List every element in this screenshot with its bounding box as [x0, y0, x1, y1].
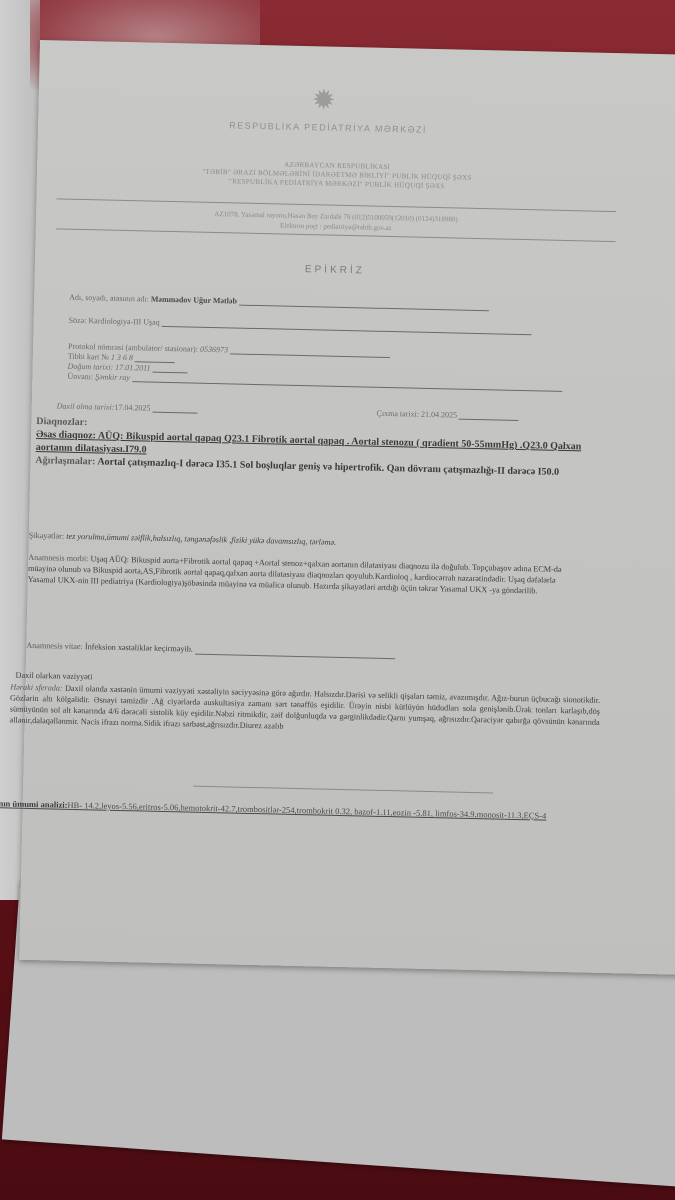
ward-label: Sözə: — [69, 316, 87, 325]
admission-date-label: Daxil olma tarixi: — [57, 401, 115, 411]
fill-line — [459, 419, 519, 421]
address-label: Ünvanı: — [67, 372, 93, 382]
anamnesis-morbi-label: Anamnesis morbi: — [28, 553, 88, 563]
patient-name-value: Məmmədov Uğur Mətləb — [151, 295, 237, 306]
patient-name-row: Adı, soyadı, atasının adı: Məmmədov Uğur… — [69, 293, 489, 312]
institution-name: RESPUBLİKA PEDİATRİYA MƏRKƏZİ — [188, 118, 468, 136]
birth-date-label: Doğum tarixi: — [68, 362, 114, 372]
main-diagnosis-label: Əsas diaqnoz: — [36, 429, 96, 441]
emblem-icon: ✹ — [303, 84, 344, 119]
anamnesis-vitae-label: Anamnesis vitae: — [26, 641, 83, 651]
blood-test: Qanın ümumi analizi:HB- 14.2,leyos-5.56,… — [0, 797, 608, 823]
address-block: AZ1078, Yasamal rayonu,Həsən Bəy Zərdabi… — [76, 206, 596, 238]
header-lines: AZƏRBAYCAN RESPUBLİKASI "TƏBİB" ƏRAZİ BÖ… — [77, 156, 597, 195]
address-value: Şəmkir ray — [95, 372, 130, 382]
complaints: Şikayətlər: tez yorulma,ümumi zəiflik,ha… — [29, 530, 599, 554]
medical-card-value: 1 3 6 8 — [111, 353, 133, 362]
discharge-date-value: 21.04.2025 — [421, 410, 457, 420]
medical-card-label: Tibbi kart № — [68, 352, 109, 362]
fill-line — [230, 353, 390, 358]
diagnoses-section: Diaqnozlar: Əsas diaqnoz: AÜQ: Bikuspid … — [35, 415, 596, 480]
patient-name-label: Adı, soyadı, atasının adı: — [69, 293, 149, 304]
fill-line — [162, 326, 532, 335]
anamnesis-vitae: Anamnesis vitae: İnfeksion xəstəliklər k… — [26, 640, 586, 664]
fill-line — [239, 305, 489, 312]
complaints-label: Şikayətlər: — [29, 531, 65, 541]
admission-date-value: 17.04.2025 — [114, 403, 150, 413]
admission-state-label: Həraki sferada: — [10, 682, 63, 692]
address-row: Ünvanı: Şəmkir ray — [67, 372, 562, 392]
divider — [193, 786, 493, 794]
discharge-date-label: Çıxma tarixi: — [377, 409, 420, 419]
admission-date-row: Daxil olma tarixi:17.04.2025 — [57, 401, 198, 413]
complications-label: Ağırlaşmalar: — [35, 455, 95, 467]
fill-line — [195, 654, 395, 660]
blood-test-label: Qanın ümumi analizi: — [0, 798, 68, 810]
anamnesis-morbi: Anamnesis morbi: Uşaq AÜQ: Bikuspid aort… — [28, 552, 579, 597]
ward-row: Sözə: Kardiologiya-III Uşaq — [69, 316, 532, 336]
anamnesis-vitae-text: İnfeksion xəstəliklər keçirməyib. — [85, 642, 193, 653]
complaints-text: tez yorulma,ümumi zəiflik,halsızlıq, tən… — [66, 532, 336, 547]
discharge-date-row: Çıxma tarixi: 21.04.2025 — [377, 409, 520, 421]
fill-line — [132, 381, 562, 392]
fill-line — [152, 412, 197, 414]
document-title: EPİKRİZ — [35, 258, 635, 283]
protocol-value: 0536973 — [200, 345, 228, 355]
anamnesis-morbi-text: Uşaq AÜQ: Bikuspid aorta+Fibrotik aortal… — [28, 554, 562, 595]
blood-test-text: HB- 14.2,leyos-5.56,eritros-5.06,hemotok… — [67, 800, 546, 821]
ward-value: Kardiologiya-III Uşaq — [88, 316, 159, 327]
epicrisis-document: ✹ RESPUBLİKA PEDİATRİYA MƏRKƏZİ AZƏRBAYC… — [19, 40, 675, 976]
birth-date-value: 17.01.2011 — [115, 363, 151, 373]
